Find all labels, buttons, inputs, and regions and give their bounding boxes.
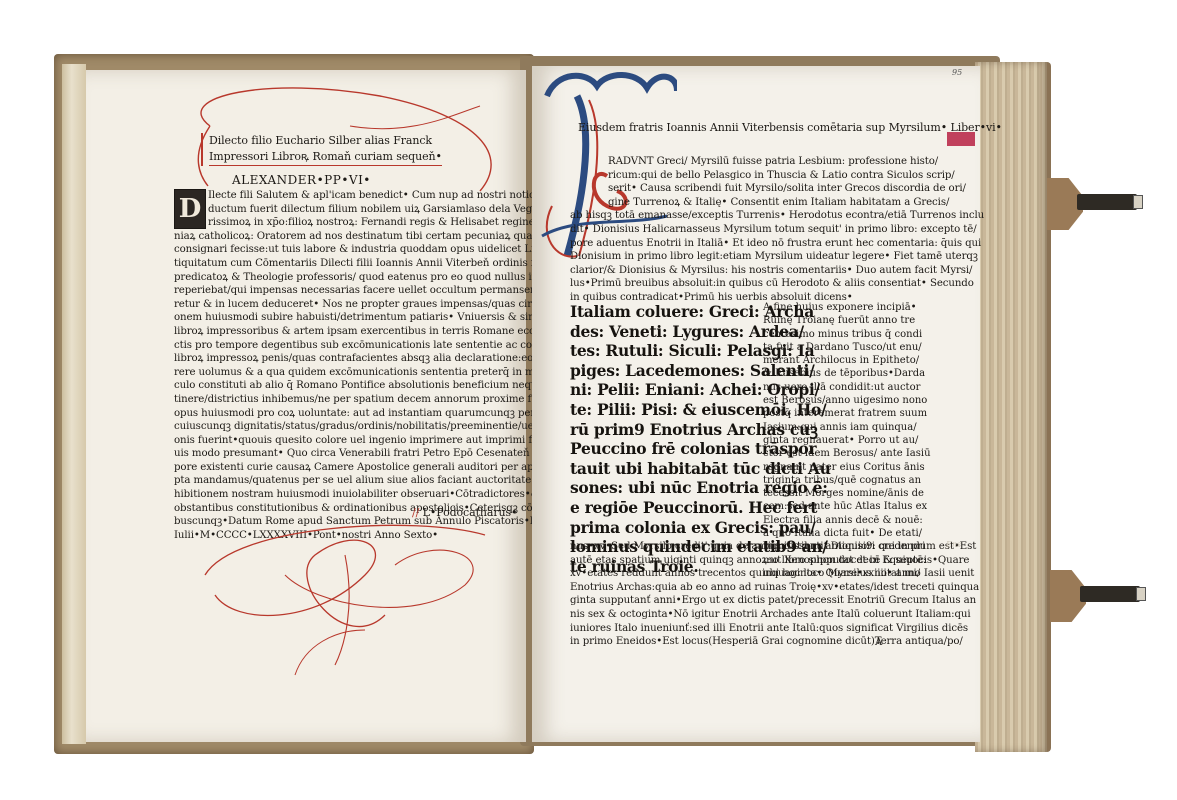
text-line: iuniores Italo inueniunť:sed illi Enotri… [570, 622, 979, 636]
text-line: clarior/& Dionisius & Myrsilus: his nost… [570, 264, 984, 278]
text-line: Enotrius Archas:quia ab eo anno ad ruina… [570, 581, 979, 595]
signature-mark-icon: // [412, 506, 419, 519]
clasp-strap [1077, 194, 1137, 210]
text-line: Ruinę Troianę fuerūt anno tre [763, 314, 931, 327]
signature-text: L•Podocatharus• [423, 506, 518, 519]
text-line: ta fuit a Dardano Tusco/ut enu/ [763, 341, 931, 354]
text-line: Iasium:qui annis iam quinqua/ [763, 421, 931, 434]
text-line: dit• Dionisius Halicarnasseus Myrsilum t… [570, 223, 984, 237]
text-line: ginta supputanť anni•Ergo ut ex dictis p… [570, 594, 979, 608]
address-line-1: Dilecto filio Euchario Silber alias Fran… [209, 133, 442, 149]
text-line: triginta tribus/quē cognatus an [763, 474, 931, 487]
text-line: nus•xv•Sed Myrsilo credit':quia de antiq… [570, 540, 979, 554]
clasp-strap [1080, 586, 1140, 602]
text-line: regnauit pater eius Coritus ānis [763, 461, 931, 474]
text-line: tecessit Morges nomine/ānis de [763, 487, 931, 500]
text-line: RADVNT Greci/ Myrsilū fuisse patria Lesb… [570, 155, 984, 169]
text-line: in primo Eneidos•Est locus(Hesperiā Grai… [570, 635, 979, 649]
pope-name: ALEXANDER•PP•VI• [232, 174, 371, 188]
right-fore-edge [975, 62, 1051, 752]
text-line: ricum:qui de bello Pelasgico in Thuscia … [570, 169, 984, 183]
commentary-side-column: A fine huius exponere incipiā• Ruinę Tro… [763, 301, 931, 580]
address-block: Dilecto filio Euchario Silber alias Fran… [201, 133, 442, 166]
address-line-2: Impressori Libroꝶ Romaň curiam sequeň• [209, 149, 442, 166]
text-line: nis sex & octoginta•Nō igitur Enotrii Ar… [570, 608, 979, 622]
folio-number: 95 [952, 68, 962, 77]
text-line: & Eusebius de tēporibus•Darda [763, 367, 931, 380]
signature-mark: A [875, 637, 882, 648]
text-line: Dionisium in primo libro legit:etiam Myr… [570, 250, 984, 264]
text-line: lus•Primū breuibus absoluit:in quibus cū… [570, 277, 984, 291]
text-line: A fine huius exponere incipiā• [763, 301, 931, 314]
text-line: autē etas spatium uiginti quinqꝫ annoꝝ:u… [570, 554, 979, 568]
text-line: merant Archilocus in Epitheto/ [763, 354, 931, 367]
text-line: est Berosus/anno uigesimo nono [763, 394, 931, 407]
text-line: nus uero illā condidit:ut auctor [763, 381, 931, 394]
text-line: gine Turrenoꝝ & Italię• Consentit enim I… [570, 196, 984, 210]
lower-clasp [1050, 570, 1150, 622]
upper-clasp [1047, 178, 1147, 230]
commentary-intro-text: RADVNT Greci/ Myrsilū fuisse patria Lesb… [570, 155, 984, 305]
text-line: cem:sed ante hūc Atlas Italus ex [763, 500, 931, 513]
text-line: Electra filia annis decē & nouē: [763, 514, 931, 527]
text-line: ginta regnauerat• Porro ut au/ [763, 434, 931, 447]
clasp-tip [1133, 195, 1143, 209]
open-book: Dilecto filio Euchario Silber alias Fran… [0, 0, 1177, 800]
text-line: ab hisqꝫ totā emanasse/exceptis Turrenis… [570, 209, 984, 223]
commentary-continuation-text: nus•xv•Sed Myrsilo credit':quia de antiq… [570, 540, 979, 649]
text-line: ctor est idem Berosus/ ante Iasiū [763, 447, 931, 460]
text-line: postq̄ interemerat fratrem suum [763, 407, 931, 420]
text-line: a quo Italia dicta fuit• De etati/ [763, 527, 931, 540]
text-line: serit• Causa scribendi fuit Myrsilo/soli… [570, 182, 984, 196]
text-line: centesimo minus tribus q̄ condi [763, 328, 931, 341]
chapter-heading: Eiusdem fratris Ioannis Annii Viterbensi… [578, 121, 1002, 135]
text-line: pore aduentus Enotrii in Italiā• Et ideo… [570, 237, 984, 251]
secretary-signature: // L•Podocatharus• [412, 506, 517, 520]
text-line: xv•etates reddunt annos trecentos quinqu… [570, 567, 979, 581]
pencil-annotation: Ens [946, 540, 961, 549]
left-page-edges [62, 64, 86, 744]
clasp-tip [1136, 587, 1146, 601]
